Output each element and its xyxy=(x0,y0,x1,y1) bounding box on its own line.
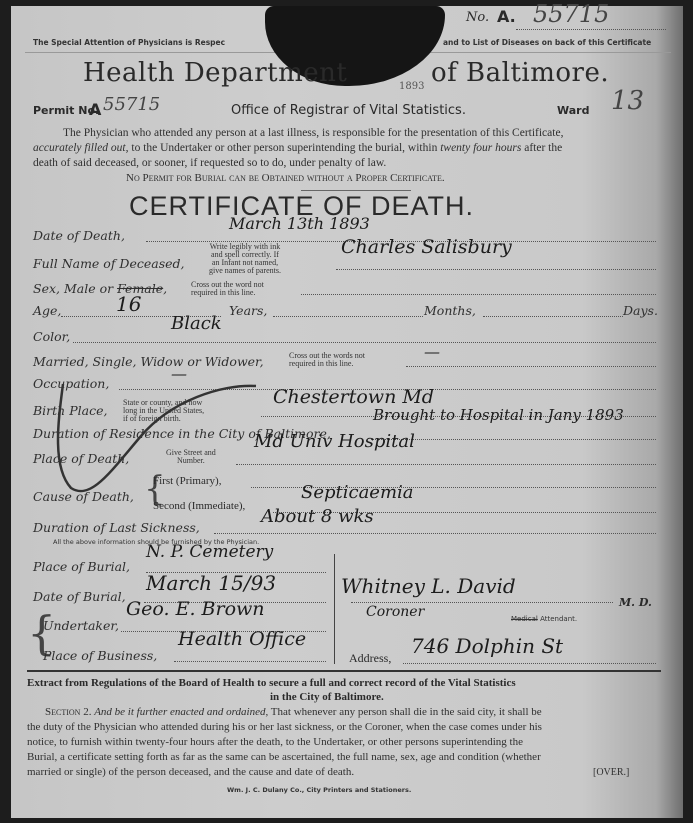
instruction-line-1: The Physician who attended any person at… xyxy=(63,126,563,141)
full-name-note: Write legibly with inkand spell correctl… xyxy=(209,243,281,275)
sex-label: Sex, Male or Female, xyxy=(33,281,167,296)
title-of-baltimore: of Baltimore. xyxy=(431,58,609,88)
number-prefix: A. xyxy=(497,7,516,26)
death-certificate-page: No. A. 55715 The Special Attention of Ph… xyxy=(11,6,683,818)
cause-second-value[interactable]: Septicaemia xyxy=(301,482,414,503)
stamp-year: 1893 xyxy=(399,81,424,92)
place-of-burial-label: Place of Burial, xyxy=(33,559,130,574)
pencil-check-mark xyxy=(51,376,271,506)
date-of-burial-value[interactable]: March 15/93 xyxy=(146,571,276,595)
regulations-line-1: Section 2. And be it further enacted and… xyxy=(45,705,542,720)
place-of-burial-value[interactable]: N. P. Cemetery xyxy=(146,542,273,562)
physician-role-printed: Medical Attendant. xyxy=(511,615,577,623)
undertaker-value[interactable]: Geo. E. Brown xyxy=(126,598,265,620)
sex-note: Cross out the word notrequired in this l… xyxy=(191,281,264,297)
regulations-title-1: Extract from Regulations of the Board of… xyxy=(27,677,516,689)
date-of-death-label: Date of Death, xyxy=(33,228,125,243)
marital-label: Married, Single, Widow or Widower, xyxy=(33,354,264,369)
notice-left: The Special Attention of Physicians is R… xyxy=(33,38,225,47)
full-name-value[interactable]: Charles Salisbury xyxy=(341,236,512,258)
residence-value[interactable]: Brought to Hospital in Jany 1893 xyxy=(373,406,624,424)
color-label: Color, xyxy=(33,329,70,344)
regulations-line-2: the duty of the Physician who attended d… xyxy=(27,720,542,735)
ward-label: Ward xyxy=(557,104,589,117)
age-value[interactable]: 16 xyxy=(116,292,141,316)
number-label: No. xyxy=(466,10,489,25)
marital-value[interactable]: — xyxy=(424,342,440,361)
notice-right: and to List of Diseases on back of this … xyxy=(443,38,651,47)
permit-prefix: A xyxy=(89,100,101,119)
regulations-title-2: in the City of Baltimore. xyxy=(270,691,384,703)
instruction-line-3: death of said deceased, or sooner, if re… xyxy=(33,156,386,171)
date-of-burial-label: Date of Burial, xyxy=(33,589,126,604)
address-value[interactable]: 746 Dolphin St xyxy=(411,634,563,658)
printer-credit: Wm. J. C. Dulany Co., City Printers and … xyxy=(227,786,411,794)
full-name-label: Full Name of Deceased, xyxy=(33,256,185,271)
regulations-line-5: married or single) of the person decease… xyxy=(27,765,354,780)
physician-signature[interactable]: Whitney L. David xyxy=(341,574,516,598)
place-of-business-label: Place of Business, xyxy=(43,648,157,663)
last-sickness-value[interactable]: About 8 wks xyxy=(261,506,374,527)
permit-number: 55715 xyxy=(103,94,160,115)
months-label: Months, xyxy=(424,303,476,318)
age-label: Age, xyxy=(33,303,61,318)
instruction-line-2: accurately filled out, to the Undertaker… xyxy=(33,141,562,156)
physician-role-handwritten: Coroner xyxy=(366,604,424,620)
regulations-line-4: Burial, a certificate setting forth as f… xyxy=(27,750,541,765)
office-label: Office of Registrar of Vital Statistics. xyxy=(231,103,466,118)
last-sickness-label: Duration of Last Sickness, xyxy=(33,520,200,535)
ward-number: 13 xyxy=(611,86,644,116)
no-permit-notice: No Permit for Burial can be Obtained wit… xyxy=(126,171,445,186)
date-of-death-value[interactable]: March 13th 1893 xyxy=(229,214,370,233)
marital-note: Cross out the words notrequired in this … xyxy=(289,352,365,368)
color-value[interactable]: Black xyxy=(171,313,222,334)
undertaker-label: Undertaker, xyxy=(43,618,119,633)
place-of-business-value[interactable]: Health Office xyxy=(178,628,306,650)
md-label: M. D. xyxy=(619,596,652,609)
birth-place-value[interactable]: Chestertown Md xyxy=(273,386,434,408)
place-of-death-value[interactable]: Md Univ Hospital xyxy=(254,431,415,452)
years-label: Years, xyxy=(229,303,267,318)
days-label: Days. xyxy=(623,303,658,318)
over-marker: [OVER.] xyxy=(593,765,629,780)
certificate-number: 55715 xyxy=(533,0,609,28)
title-health-department: Health Department xyxy=(83,58,347,88)
regulations-line-3: notice, to furnish within twenty-four ho… xyxy=(27,735,523,750)
address-label: Address, xyxy=(349,651,391,666)
